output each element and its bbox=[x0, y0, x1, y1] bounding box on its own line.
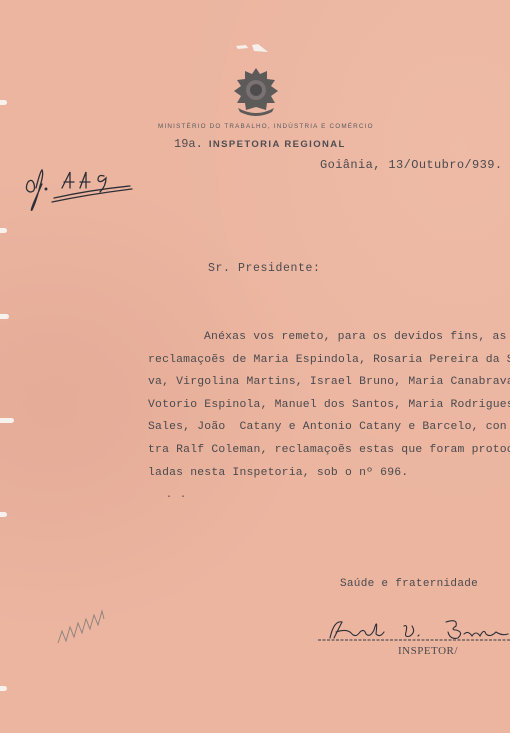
edge-tear bbox=[0, 512, 7, 517]
edge-tear bbox=[0, 686, 7, 691]
brazil-coat-of-arms-icon bbox=[232, 66, 280, 118]
ministry-name: MINISTÉRIO DO TRABALHO, INDÚSTRIA E COMÉ… bbox=[158, 123, 374, 130]
body-line: tra Ralf Coleman, reclamaçoẽs estas que … bbox=[148, 439, 500, 462]
edge-tear bbox=[0, 228, 7, 233]
stamp-marks bbox=[54, 605, 109, 647]
typed-marks: ·· bbox=[166, 492, 194, 503]
office-header: 19a. INSPETORIA REGIONAL bbox=[174, 137, 346, 151]
office-number: 19a. bbox=[174, 137, 203, 151]
edge-tear bbox=[0, 314, 9, 319]
handwritten-reference: Of. 449 bbox=[20, 162, 140, 217]
signature: Arthur D. Bandeira bbox=[318, 610, 510, 646]
dateline: Goiânia, 13/Outubro/939. bbox=[320, 158, 502, 172]
body-line: Sales, João Catany e Antonio Catany e Ba… bbox=[148, 416, 500, 439]
body-line: ladas nesta Inspetoria, sob o nº 696. bbox=[148, 462, 500, 485]
edge-tear bbox=[0, 100, 7, 105]
paper-tear bbox=[232, 42, 272, 54]
body-line: Anéxas vos remeto, para os devidos fins,… bbox=[148, 326, 500, 349]
body-line: Votorio Espinola, Manuel dos Santos, Mar… bbox=[148, 394, 500, 417]
office-name: INSPETORIA REGIONAL bbox=[209, 139, 346, 150]
letter-body: Anéxas vos remeto, para os devidos fins,… bbox=[148, 326, 500, 484]
signer-title: INSPETOR/ bbox=[398, 645, 458, 657]
body-line: reclamaçoẽs de Maria Espindola, Rosaria … bbox=[148, 349, 500, 372]
edge-tear bbox=[0, 418, 14, 423]
body-line: va, Virgolina Martins, Israel Bruno, Mar… bbox=[148, 371, 500, 394]
closing-phrase: Saúde e fraternidade bbox=[340, 578, 478, 590]
salutation: Sr. Presidente: bbox=[208, 262, 321, 275]
